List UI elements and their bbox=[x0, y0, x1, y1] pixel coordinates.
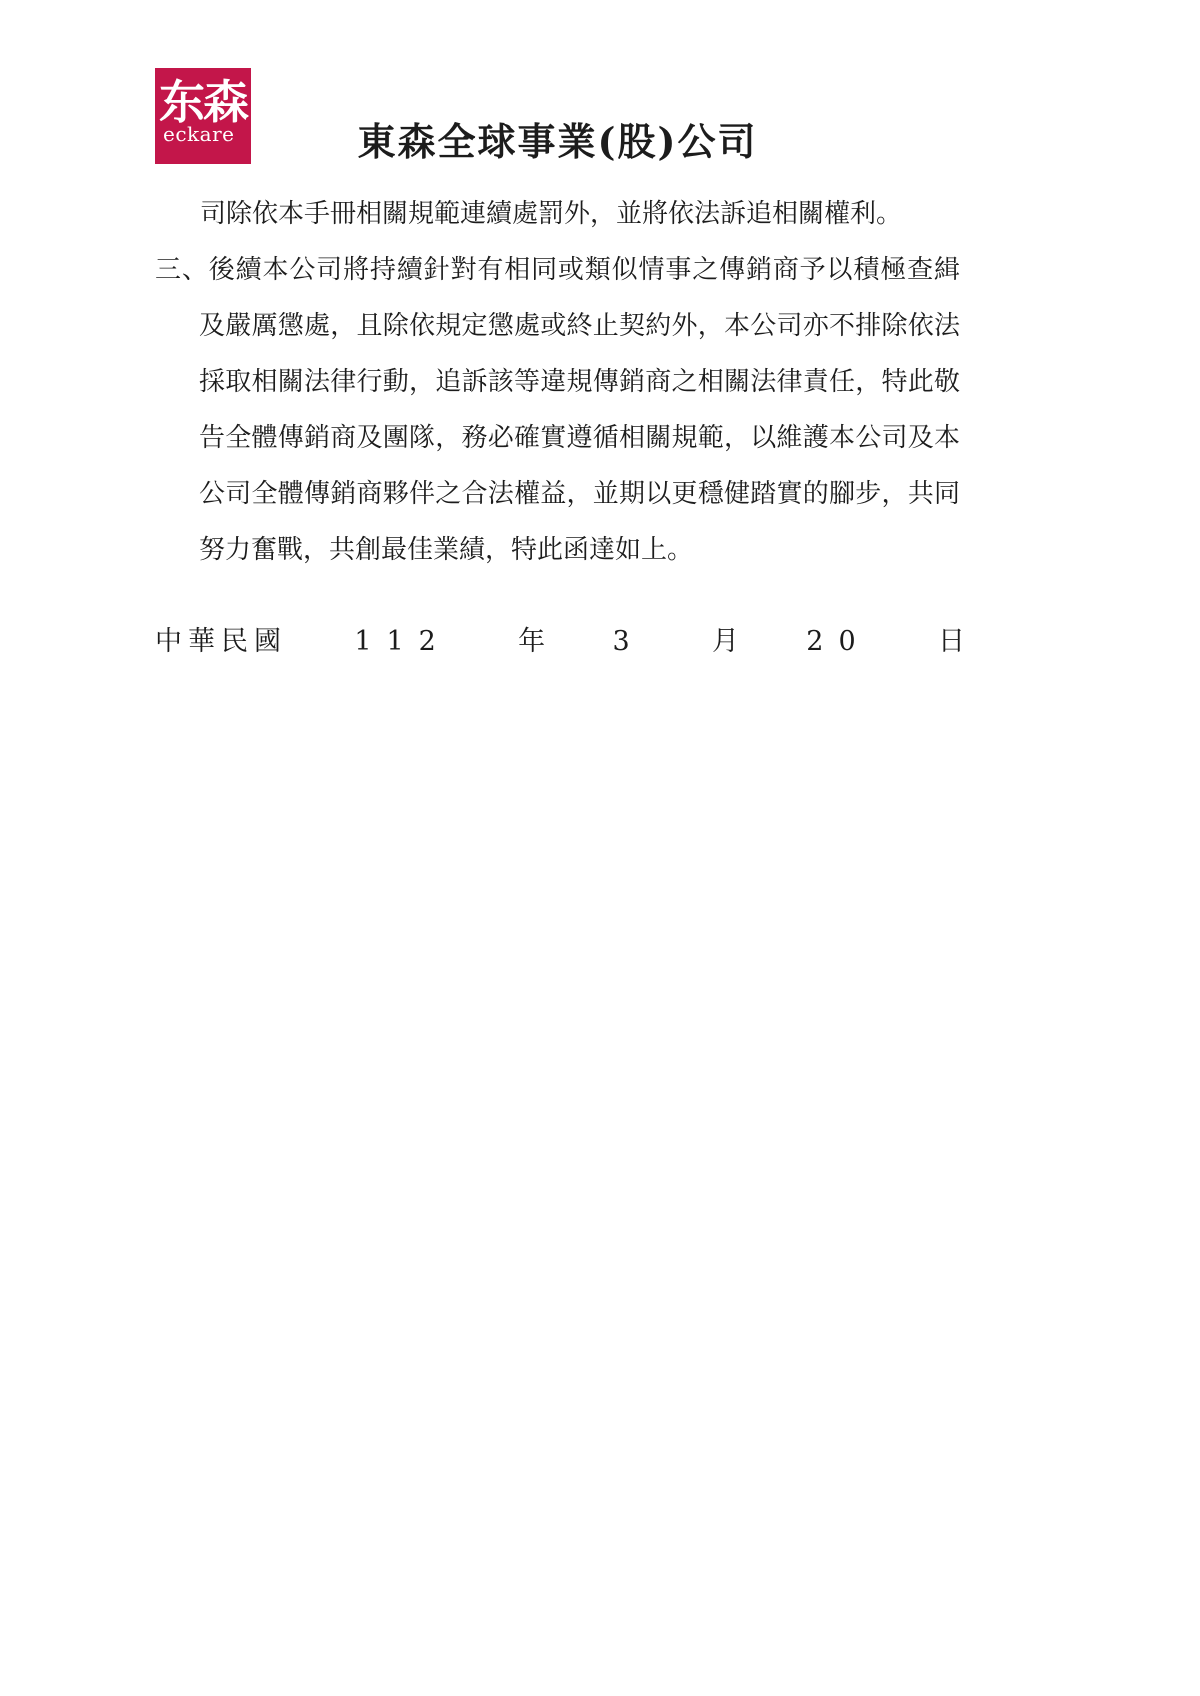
letter-body: 司除依本手冊相關規範連續處罰外，並將依法訴追相關權利。 三、後續本公司將持續針對… bbox=[155, 186, 960, 578]
item-three-marker: 三、 bbox=[155, 255, 209, 285]
date-day-value: 20 bbox=[806, 622, 870, 662]
date-month-value: 3 bbox=[612, 622, 644, 662]
company-title: 東森全球事業(股)公司 bbox=[155, 118, 960, 166]
body-continuation-line: 司除依本手冊相關規範連續處罰外，並將依法訴追相關權利。 bbox=[200, 186, 960, 242]
body-item-three: 三、後續本公司將持續針對有相同或類似情事之傳銷商予以積極查緝及嚴厲懲處，且除依規… bbox=[155, 242, 960, 578]
date-year-unit: 年 bbox=[518, 622, 545, 662]
date-line: 中華民國 112 年 3 月 20 日 bbox=[155, 622, 965, 662]
date-day-unit: 日 bbox=[938, 622, 965, 662]
item-three-text: 後續本公司將持續針對有相同或類似情事之傳銷商予以積極查緝及嚴厲懲處，且除依規定懲… bbox=[199, 255, 960, 565]
date-month-unit: 月 bbox=[712, 622, 739, 662]
date-year-value: 112 bbox=[354, 622, 451, 662]
document-page: 东森 eckare 東森全球事業(股)公司 司除依本手冊相關規範連續處罰外，並將… bbox=[0, 0, 1200, 1696]
date-era-label: 中華民國 bbox=[155, 622, 287, 662]
